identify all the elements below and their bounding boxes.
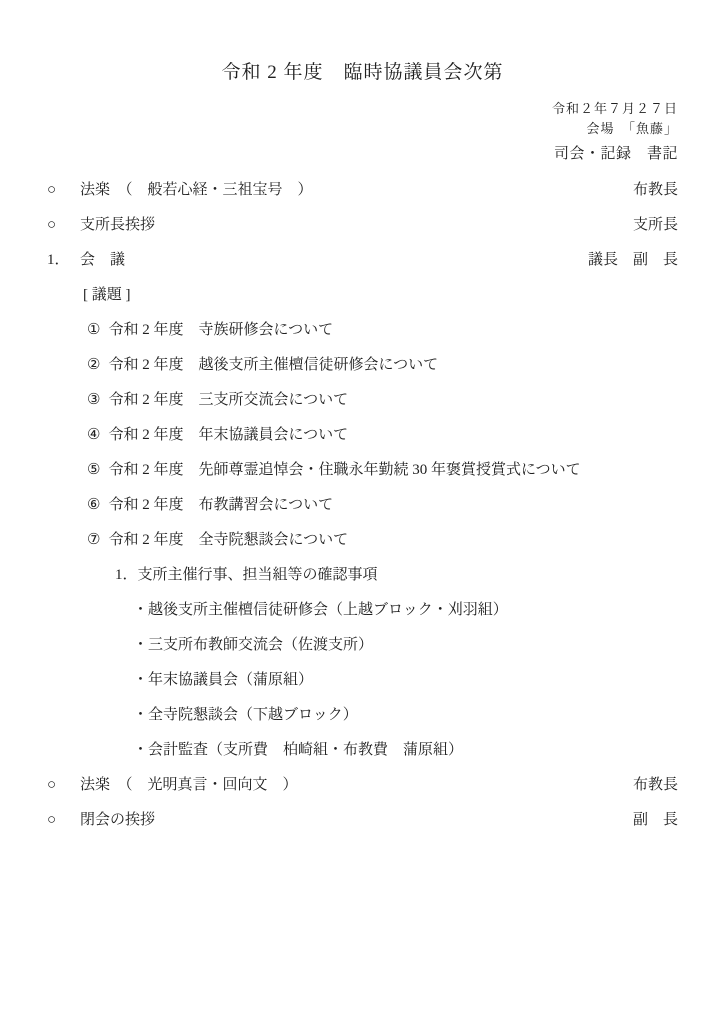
agenda-row-text: 法楽 （ 光明真言・回向文 ） [80, 775, 633, 795]
confirmation-item: ・年末協議員会（蒲原組） [133, 670, 678, 690]
circled-number: ① [87, 320, 100, 340]
confirmation-item: ・全寺院懇談会（下越ブロック） [133, 705, 678, 725]
topic-text: 令和 2 年度 三支所交流会について [108, 390, 348, 410]
confirmation-item: ・三支所布教師交流会（佐渡支所） [133, 635, 678, 655]
topic-text: 令和 2 年度 寺族研修会について [108, 320, 333, 340]
agenda-row-meeting: 1． 会 議 議長 副 長 [47, 250, 678, 270]
circled-number: ⑤ [87, 460, 100, 480]
circled-number: ③ [87, 390, 100, 410]
topic-row: ① 令和 2 年度 寺族研修会について [87, 320, 678, 340]
meeting-venue: 会場 「魚藤」 [47, 120, 678, 138]
topic-row: ⑥ 令和 2 年度 布教講習会について [87, 495, 678, 515]
circled-number: ④ [87, 425, 100, 445]
confirmation-item: ・越後支所主催檀信徒研修会（上越ブロック・刈羽組） [133, 600, 678, 620]
agenda-row-greeting: ○ 支所長挨拶 支所長 [47, 215, 678, 235]
agenda-row-text: 法楽 （ 般若心経・三祖宝号 ） [80, 180, 633, 200]
topic-text: 令和 2 年度 年末協議員会について [108, 425, 348, 445]
agenda-row-role: 議長 副 長 [588, 250, 678, 270]
topic-text: 令和 2 年度 全寺院懇談会について [108, 530, 348, 550]
topic-row: ③ 令和 2 年度 三支所交流会について [87, 390, 678, 410]
topics-label-text: [ 議題 ] [83, 285, 131, 305]
topic-text: 令和 2 年度 布教講習会について [108, 495, 333, 515]
confirmation-heading-text: 1．支所主催行事、担当組等の確認事項 [115, 565, 378, 585]
confirmation-item: ・会計監査（支所費 柏崎組・布教費 蒲原組） [133, 740, 678, 760]
document-meta: 令和２年７月２７日 会場 「魚藤」 司会・記録 書記 [47, 100, 678, 164]
circle-marker: ○ [47, 775, 80, 795]
confirmation-item-text: ・三支所布教師交流会（佐渡支所） [133, 635, 373, 655]
agenda-row-role: 布教長 [633, 180, 678, 200]
circled-number: ⑥ [87, 495, 100, 515]
confirmation-item-text: ・全寺院懇談会（下越ブロック） [133, 705, 358, 725]
document-content: 令和 2 年度 臨時協議員会次第 令和２年７月２７日 会場 「魚藤」 司会・記録… [47, 0, 678, 830]
mc-recorder-line: 司会・記録 書記 [47, 144, 678, 164]
topic-text: 令和 2 年度 先師尊霊追悼会・住職永年勤続 30 年褒賞授賞式について [108, 460, 580, 480]
topic-row: ④ 令和 2 年度 年末協議員会について [87, 425, 678, 445]
agenda-row-closing-remarks: ○ 閉会の挨拶 副 長 [47, 810, 678, 830]
circled-number: ② [87, 355, 100, 375]
agenda-row-text: 支所長挨拶 [80, 215, 633, 235]
agenda-row-role: 副 長 [633, 810, 678, 830]
topics-section-label: [ 議題 ] [83, 285, 678, 305]
topic-row: ⑦ 令和 2 年度 全寺院懇談会について [87, 530, 678, 550]
number-marker: 1． [47, 250, 80, 270]
agenda-row-role: 支所長 [633, 215, 678, 235]
topic-text: 令和 2 年度 越後支所主催檀信徒研修会について [108, 355, 438, 375]
document-page: 令和 2 年度 臨時協議員会次第 令和２年７月２７日 会場 「魚藤」 司会・記録… [0, 0, 724, 1024]
topic-row: ② 令和 2 年度 越後支所主催檀信徒研修会について [87, 355, 678, 375]
agenda-row-houraku-opening: ○ 法楽 （ 般若心経・三祖宝号 ） 布教長 [47, 180, 678, 200]
circle-marker: ○ [47, 810, 80, 830]
circle-marker: ○ [47, 180, 80, 200]
agenda-row-role: 布教長 [633, 775, 678, 795]
agenda-row-text: 閉会の挨拶 [80, 810, 633, 830]
agenda-row-text: 会 議 [80, 250, 588, 270]
page-title: 令和 2 年度 臨時協議員会次第 [47, 60, 678, 87]
confirmation-item-text: ・年末協議員会（蒲原組） [133, 670, 313, 690]
topic-row: ⑤ 令和 2 年度 先師尊霊追悼会・住職永年勤続 30 年褒賞授賞式について [87, 460, 678, 480]
confirmation-item-text: ・越後支所主催檀信徒研修会（上越ブロック・刈羽組） [133, 600, 508, 620]
agenda-row-houraku-closing: ○ 法楽 （ 光明真言・回向文 ） 布教長 [47, 775, 678, 795]
circled-number: ⑦ [87, 530, 100, 550]
confirmation-item-text: ・会計監査（支所費 柏崎組・布教費 蒲原組） [133, 740, 463, 760]
circle-marker: ○ [47, 215, 80, 235]
confirmation-heading: 1．支所主催行事、担当組等の確認事項 [115, 565, 678, 585]
meeting-date: 令和２年７月２７日 [47, 100, 678, 118]
